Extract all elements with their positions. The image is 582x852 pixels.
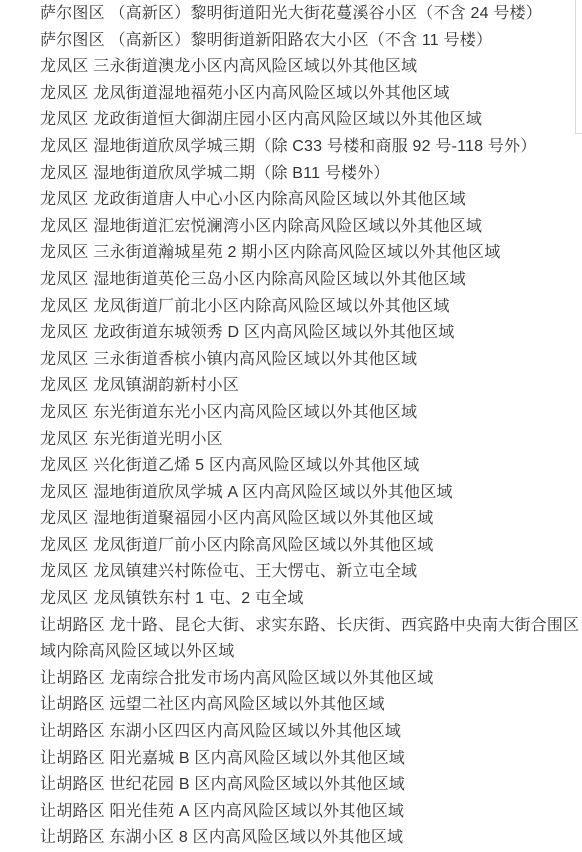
list-item: 龙凤区 龙凤街道湿地福苑小区内高风险区域以外其他区域 (40, 81, 581, 108)
list-item: 龙凤区 龙凤镇铁东村 1 屯、2 屯全域 (40, 586, 581, 613)
list-item: 龙凤区 东光街道光明小区 (40, 427, 581, 454)
list-item: 龙凤区 三永街道瀚城星苑 2 期小区内除高风险区域以外其他区域 (40, 240, 581, 267)
list-item: 让胡路区 世纪花园 B 区内高风险区域以外其他区域 (40, 772, 581, 799)
list-item: 龙凤区 湿地街道欣凤学城三期（除 C33 号楼和商服 92 号-118 号外） (40, 134, 581, 161)
list-item: 龙凤区 龙政街道恒大御湖庄园小区内高风险区域以外其他区域 (40, 107, 581, 134)
list-item: 萨尔图区 （高新区）黎明街道新阳路农大小区（不含 11 号楼） (40, 28, 581, 55)
list-item: 龙凤区 湿地街道欣凤学城二期（除 B11 号楼外） (40, 161, 581, 188)
list-item: 让胡路区 阳光佳苑 A 区内高风险区域以外其他区域 (40, 799, 581, 826)
list-item: 龙凤区 龙凤街道厂前小区内除高风险区域以外其他区域 (40, 533, 581, 560)
list-item: 龙凤区 龙凤街道厂前北小区内除高风险区域以外其他区域 (40, 294, 581, 321)
list-item: 龙凤区 湿地街道欣凤学城 A 区内高风险区域以外其他区域 (40, 480, 581, 507)
list-item: 让胡路区 阳光嘉城 B 区内高风险区域以外其他区域 (40, 746, 581, 773)
list-item: 龙凤区 龙政街道唐人中心小区内除高风险区域以外其他区域 (40, 187, 581, 214)
list-item: 萨尔图区 （高新区）黎明街道阳光大街花蔓溪谷小区（不含 24 号楼） (40, 1, 581, 28)
list-item: 让胡路区 龙十路、昆仑大街、求实东路、长庆街、西宾路中央南大街合围区域内除高风险… (40, 613, 581, 666)
list-item: 让胡路区 远望二社区内高风险区域以外其他区域 (40, 692, 581, 719)
list-item: 龙凤区 龙凤镇湖韵新村小区 (40, 373, 581, 400)
list-item: 龙凤区 湿地街道汇宏悦澜湾小区内除高风险区域以外其他区域 (40, 214, 581, 241)
list-item: 龙凤区 三永街道香槟小镇内高风险区域以外其他区域 (40, 347, 581, 374)
list-item: 龙凤区 三永街道澳龙小区内高风险区域以外其他区域 (40, 54, 581, 81)
list-item: 龙凤区 湿地街道聚福园小区内高风险区域以外其他区域 (40, 506, 581, 533)
page: 萨尔图区 （高新区）黎明街道阳光大街花蔓溪谷小区（不含 24 号楼）萨尔图区 （… (0, 0, 582, 852)
list-item: 让胡路区 龙南综合批发市场内高风险区域以外其他区域 (40, 666, 581, 693)
risk-area-list: 萨尔图区 （高新区）黎明街道阳光大街花蔓溪谷小区（不含 24 号楼）萨尔图区 （… (40, 1, 581, 852)
list-item: 龙凤区 兴化街道乙烯 5 区内高风险区域以外其他区域 (40, 453, 581, 480)
list-item: 龙凤区 东光街道东光小区内高风险区域以外其他区域 (40, 400, 581, 427)
list-item: 龙凤区 湿地街道英伦三岛小区内除高风险区域以外其他区域 (40, 267, 581, 294)
list-item: 龙凤区 龙凤镇建兴村陈俭屯、王大愣屯、新立屯全域 (40, 559, 581, 586)
list-item: 让胡路区 东湖小区四区内高风险区域以外其他区域 (40, 719, 581, 746)
list-item: 让胡路区 东湖小区 8 区内高风险区域以外其他区域 (40, 825, 581, 852)
list-item: 龙凤区 龙政街道东城领秀 D 区内高风险区域以外其他区域 (40, 320, 581, 347)
